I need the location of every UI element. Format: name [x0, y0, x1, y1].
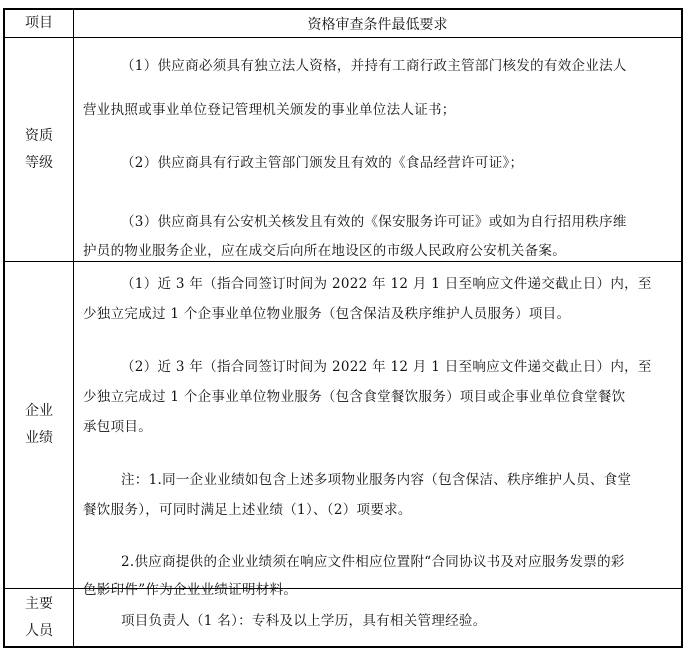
paragraph-line: 注：1.同一企业业绩如包含上述多项物业服务内容（包含保洁、秩序维护人员、食堂: [121, 468, 631, 488]
paragraph-line: （2）供应商具有行政主管部门颁发且有效的《食品经营许可证》；: [121, 151, 523, 171]
row-label-line: 人员: [25, 618, 53, 645]
header-item-label: 项目: [25, 10, 53, 37]
paragraph-line: 少独立完成过 1 个企事业单位物业服务（包含保洁及秩序维护人员服务）项目。: [83, 302, 570, 322]
table-row-personnel: 主要 人员 项目负责人（1 名）：专科及以上学历，具有相关管理经验。: [5, 589, 681, 646]
row-label-line: 企业: [25, 398, 53, 425]
header-requirements-column: 资格审查条件最低要求: [74, 10, 681, 37]
row-label-qualification: 资质 等级: [5, 38, 74, 261]
row-label-line: 资质: [25, 123, 53, 150]
paragraph-line: 营业执照或事业单位登记管理机关颁发的事业单位法人证书；: [83, 98, 456, 118]
table-row-performance: 企业 业绩 （1）近 3 年（指合同签订时间为 2022 年 12 月 1 日至…: [5, 262, 681, 589]
row-label-line: 业绩: [25, 425, 53, 452]
paragraph-line: （2）近 3 年（指合同签订时间为 2022 年 12 月 1 日至响应文件递交…: [121, 355, 652, 375]
paragraph-line: 餐饮服务），可同时满足上述业绩（1）、（2）项要求。: [83, 498, 412, 518]
paragraph-line: （1）供应商必须具有独立法人资格，并持有工商行政主管部门核发的有效企业法人: [121, 54, 627, 74]
paragraph-line: 项目负责人（1 名）：专科及以上学历，具有相关管理经验。: [121, 609, 487, 629]
row-label-line: 等级: [25, 150, 53, 177]
row-label-performance: 企业 业绩: [5, 262, 74, 588]
paragraph-line: （1）近 3 年（指合同签订时间为 2022 年 12 月 1 日至响应文件递交…: [121, 272, 652, 292]
table-row-qualification: 资质 等级 （1）供应商必须具有独立法人资格，并持有工商行政主管部门核发的有效企…: [5, 38, 681, 262]
row-content-performance: （1）近 3 年（指合同签订时间为 2022 年 12 月 1 日至响应文件递交…: [74, 262, 681, 588]
paragraph-line: （3）供应商具有公安机关核发且有效的《保安服务许可证》或如为自行招用秩序维: [121, 210, 627, 230]
paragraph-line: 承包项目。: [83, 415, 152, 435]
header-item-column: 项目: [5, 10, 74, 37]
table-header-row: 项目 资格审查条件最低要求: [5, 10, 681, 38]
row-label-personnel: 主要 人员: [5, 589, 74, 646]
row-content-personnel: 项目负责人（1 名）：专科及以上学历，具有相关管理经验。: [74, 589, 681, 646]
paragraph-line: 2.供应商提供的企业业绩须在响应文件相应位置附“合同协议书及对应服务发票的彩: [121, 550, 625, 570]
qualification-requirements-table: 项目 资格审查条件最低要求 资质 等级 （1）供应商必须具有独立法人资格，并持有…: [3, 8, 683, 648]
paragraph-line: 少独立完成过 1 个企事业单位物业服务（包含食堂餐饮服务）项目或企事业单位食堂餐…: [83, 385, 625, 405]
row-label-line: 主要: [25, 591, 53, 618]
row-content-qualification: （1）供应商必须具有独立法人资格，并持有工商行政主管部门核发的有效企业法人 营业…: [74, 38, 681, 261]
header-requirements-label: 资格审查条件最低要求: [308, 14, 448, 34]
paragraph-line: 护员的物业服务企业，应在成交后向所在地设区的市级人民政府公安机关备案。: [83, 239, 566, 259]
